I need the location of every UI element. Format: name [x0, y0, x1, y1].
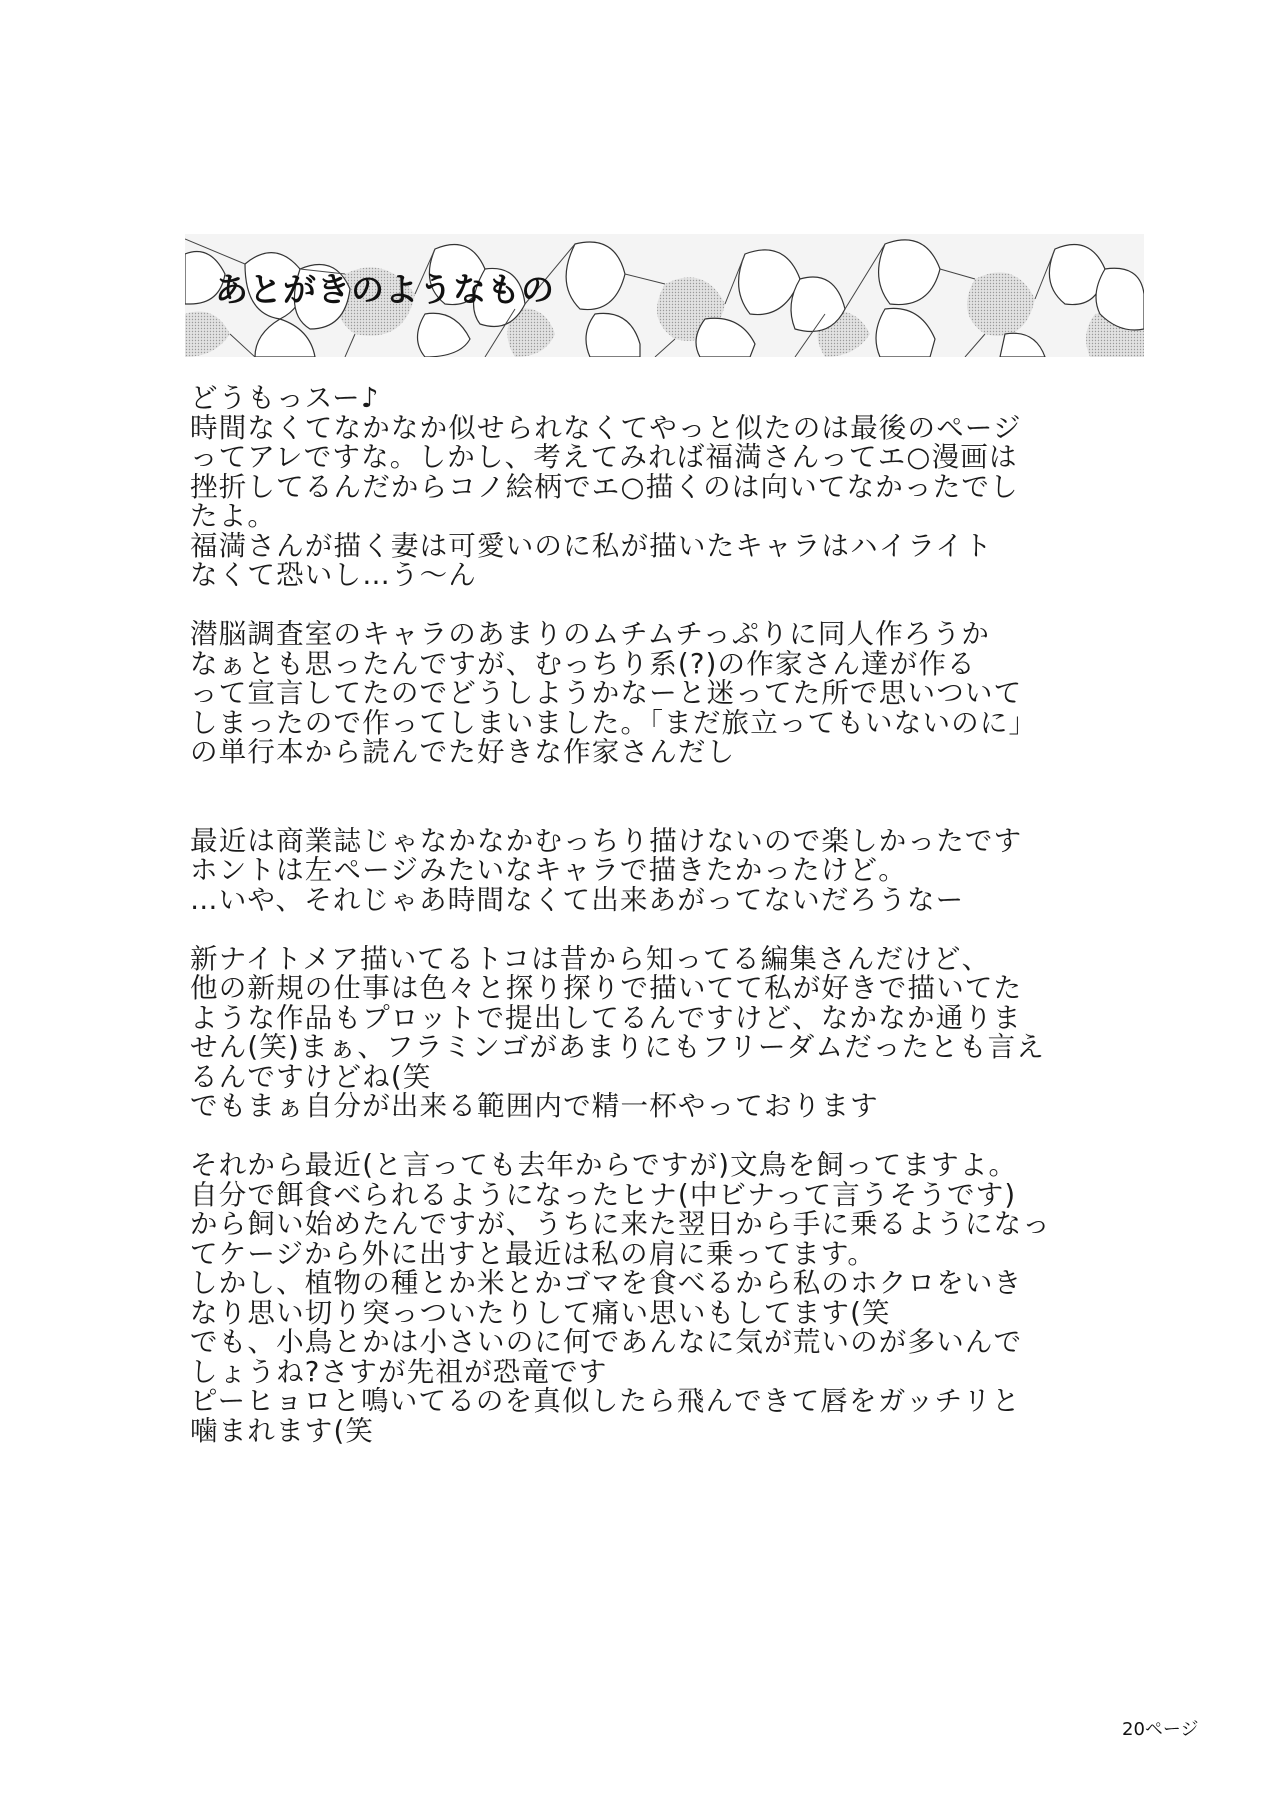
afterword-body: どうもっスー♪ 時間なくてなかなか似せられなくてやっと似たのは最後のページ って…	[190, 384, 1150, 1476]
text-line: るんですけどね(笑	[190, 1063, 1150, 1093]
text-line: なり思い切り突っついたりして痛い思いもしてます(笑	[190, 1299, 1150, 1329]
text-line: 福満さんが描く妻は可愛いのに私が描いたキャラはハイライト	[190, 532, 1150, 562]
paragraph-new-jobs: 新ナイトメア描いてるトコは昔から知ってる編集さんだけど、 他の新規の仕事は色々と…	[190, 945, 1150, 1122]
text-line: ってアレですな。しかし、考えてみれば福満さんってエ○漫画は	[190, 443, 1150, 473]
title-banner: あとがきのようなもの	[185, 234, 1144, 357]
text-line: 噛まれます(笑	[190, 1417, 1150, 1447]
text-line: しまったので作ってしまいました。「まだ旅立ってもいないのに」	[190, 709, 1150, 739]
paragraph-doujin-reason: 潜脳調査室のキャラのあまりのムチムチっぷりに同人作ろうか なぁとも思ったんですが…	[190, 620, 1150, 768]
text-line: しかし、植物の種とか米とかゴマを食べるから私のホクロをいき	[190, 1269, 1150, 1299]
text-line: の単行本から読んでた好きな作家さんだし	[190, 738, 1150, 768]
text-line: でも、小鳥とかは小さいのに何であんなに気が荒いのが多いんで	[190, 1328, 1150, 1358]
text-line: それから最近(と言っても去年からですが)文鳥を飼ってますよ。	[190, 1151, 1150, 1181]
text-line: 潜脳調査室のキャラのあまりのムチムチっぷりに同人作ろうか	[190, 620, 1150, 650]
text-line: どうもっスー♪	[190, 384, 1150, 414]
text-line: 新ナイトメア描いてるトコは昔から知ってる編集さんだけど、	[190, 945, 1150, 975]
text-line: なぁとも思ったんですが、むっちり系(?)の作家さん達が作る	[190, 650, 1150, 680]
text-line: でもまぁ自分が出来る範囲内で精一杯やっております	[190, 1092, 1150, 1122]
text-line: ピーヒョロと鳴いてるのを真似したら飛んできて唇をガッチリと	[190, 1387, 1150, 1417]
text-line: から飼い始めたんですが、うちに来た翌日から手に乗るようになっ	[190, 1210, 1150, 1240]
text-line: てケージから外に出すと最近は私の肩に乗ってます。	[190, 1240, 1150, 1270]
text-line: …いや、それじゃあ時間なくて出来あがってないだろうなー	[190, 886, 1150, 916]
text-line: 自分で餌食べられるようになったヒナ(中ビナって言うそうです)	[190, 1181, 1150, 1211]
text-line: なくて恐いし…う〜ん	[190, 561, 1150, 591]
text-line: 挫折してるんだからコノ絵柄でエ○描くのは向いてなかったでし	[190, 473, 1150, 503]
text-line: しょうね?さすが先祖が恐竜です	[190, 1358, 1150, 1388]
text-line: 他の新規の仕事は色々と探り探りで描いてて私が好きで描いてた	[190, 974, 1150, 1004]
text-line: せん(笑)まぁ、フラミンゴがあまりにもフリーダムだったとも言え	[190, 1033, 1150, 1063]
paragraph-java-sparrow: それから最近(と言っても去年からですが)文鳥を飼ってますよ。 自分で餌食べられる…	[190, 1151, 1150, 1446]
page-title: あとがきのようなもの	[215, 264, 555, 311]
text-line: 時間なくてなかなか似せられなくてやっと似たのは最後のページ	[190, 414, 1150, 444]
page-number: 20ページ	[1122, 1715, 1199, 1741]
text-line: たよ。	[190, 502, 1150, 532]
text-line: って宣言してたのでどうしようかなーと迷ってた所で思いついて	[190, 679, 1150, 709]
text-line: 最近は商業誌じゃなかなかむっちり描けないので楽しかったです	[190, 827, 1150, 857]
text-line: ような作品もプロットで提出してるんですけど、なかなか通りま	[190, 1004, 1150, 1034]
paragraph-recent-work: 最近は商業誌じゃなかなかむっちり描けないので楽しかったです ホントは左ページみた…	[190, 827, 1150, 916]
text-line: ホントは左ページみたいなキャラで描きたかったけど。	[190, 856, 1150, 886]
paragraph-greeting: どうもっスー♪ 時間なくてなかなか似せられなくてやっと似たのは最後のページ って…	[190, 384, 1150, 591]
